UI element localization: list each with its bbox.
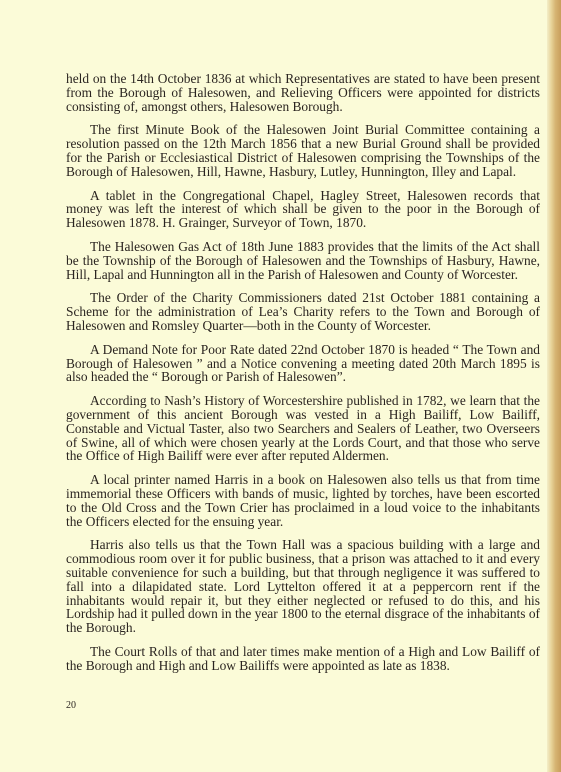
- page-edge-shadow: [547, 0, 561, 772]
- paragraph-5: The Order of the Charity Commissioners d…: [66, 291, 540, 332]
- page-number: 20: [66, 700, 76, 711]
- paragraph-10: The Court Rolls of that and later times …: [66, 645, 540, 673]
- paragraph-7: According to Nash’s History of Worcester…: [66, 394, 540, 463]
- paragraph-3: A tablet in the Congregational Chapel, H…: [66, 189, 540, 230]
- paragraph-2: The first Minute Book of the Halesowen J…: [66, 123, 540, 178]
- paragraph-6: A Demand Note for Poor Rate dated 22nd O…: [66, 343, 540, 384]
- paragraph-1: held on the 14th October 1836 at which R…: [66, 72, 540, 113]
- paragraph-9: Harris also tells us that the Town Hall …: [66, 538, 540, 635]
- paragraph-4: The Halesowen Gas Act of 18th June 1883 …: [66, 240, 540, 281]
- paragraph-8: A local printer named Harris in a book o…: [66, 473, 540, 528]
- document-page: held on the 14th October 1836 at which R…: [66, 72, 540, 682]
